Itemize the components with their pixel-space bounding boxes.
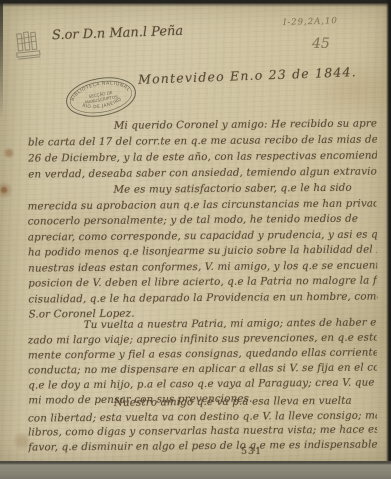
archive-code-annotation: I-29,2A,10	[283, 16, 338, 28]
letter-line: q.e le doy a mi hijo, p.a el caso q.e va…	[28, 375, 377, 393]
paragraph-2: Me es muy satisfactorio saber, q.e le ha…	[27, 180, 377, 323]
scan-edge-right	[386, 0, 391, 479]
letter-scan: BIBLIOTECA NACIONAL SECÇÃO DE MANUSCRIPT…	[0, 0, 391, 479]
embossed-seal-icon	[13, 28, 42, 65]
letter-line: en verdad, deseaba saber con ansiedad, t…	[28, 163, 377, 182]
paragraph-1: Mi querido Coronel y amigo: He recibido …	[28, 115, 378, 182]
page-mark-annotation: 45	[312, 36, 330, 52]
letter-line: favor, q.e disminuir en algo el peso de …	[28, 437, 377, 455]
paragraph-4: Nuestro amigo q.e va p.a esa lleva en vu…	[28, 393, 377, 454]
letter-line: cisualidad, q.e le ha deparado la Provid…	[28, 289, 377, 308]
scan-edge-top	[0, 0, 391, 7]
scan-edge-left	[0, 0, 3, 120]
scan-bottom-band	[0, 461, 391, 479]
page-number: 531	[241, 446, 262, 457]
